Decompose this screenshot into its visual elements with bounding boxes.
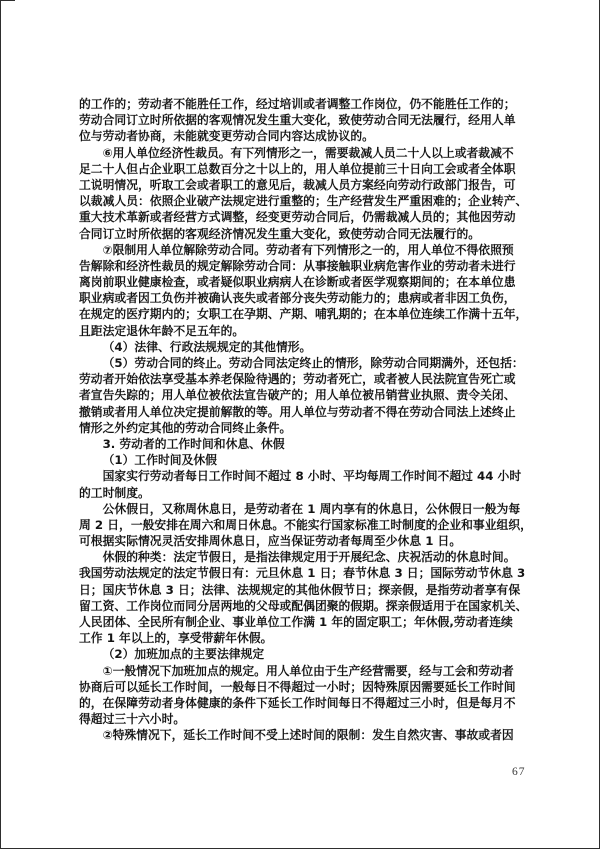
paragraph: ⑦限制用人单位解除劳动合同。劳动者有下列情形之一的，用人单位不得依照预告解除和经…	[79, 242, 531, 339]
document-page: 的工作的；劳动者不能胜任工作，经过培训或者调整工作岗位，仍不能胜任工作的；劳动合…	[0, 0, 600, 849]
text-line: 合同订立时所依据的客观经济情况发生重大变化，致使劳动合同无法履行的。	[79, 226, 531, 242]
page-number: 67	[512, 766, 526, 778]
text-line: ①一般情况下加班加点的规定。用人单位由于生产经营需要，经与工会和劳动者	[79, 663, 531, 679]
text-line: ⑥用人单位经济性裁员。有下列情形之一，需要裁减人员二十人以上或者裁减不	[79, 145, 531, 161]
text-line: 留工资、工作岗位而同分居两地的父母或配偶团聚的假期。探亲假适用于在国家机关、	[79, 598, 531, 614]
text-line: （5）劳动合同的终止。劳动合同法定终止的情形，除劳动合同期满外，还包括：	[79, 355, 531, 371]
paragraph: 国家实行劳动者每日工作时间不超过 8 小时、平均每周工作时间不超过 44 小时的…	[79, 468, 531, 500]
text-line: 离岗前职业健康检查，或者疑似职业病病人在诊断或者医学观察期间的；在本单位患	[79, 274, 531, 290]
text-line: 得超过三十六小时。	[79, 711, 531, 727]
text-line: 的，在保障劳动者身体健康的条件下延长工作时间每日不得超过三小时，但是每月不	[79, 695, 531, 711]
text-line: 在规定的医疗期内的；女职工在孕期、产期、哺乳期的；在本单位连续工作满十五年，	[79, 306, 531, 322]
body-text: 的工作的；劳动者不能胜任工作，经过培训或者调整工作岗位，仍不能胜任工作的；劳动合…	[79, 96, 531, 744]
text-line: 日；国庆节休息 3 日；法律、法规规定的其他休假节日；探亲假，是指劳动者享有保	[79, 582, 531, 598]
text-line: 协商后可以延长工作时间，一般每日不得超过一小时；因特殊原因需要延长工作时间	[79, 679, 531, 695]
paragraph: （1）工作时间及休假	[79, 452, 531, 468]
text-line: 周 2 日，一般安排在周六和周日休息。不能实行国家标准工时制度的企业和事业组织，	[79, 517, 531, 533]
paragraph: 的工作的；劳动者不能胜任工作，经过培训或者调整工作岗位，仍不能胜任工作的；劳动合…	[79, 96, 531, 145]
paragraph: ⑥用人单位经济性裁员。有下列情形之一，需要裁减人员二十人以上或者裁减不足二十人但…	[79, 145, 531, 242]
text-line: 国家实行劳动者每日工作时间不超过 8 小时、平均每周工作时间不超过 44 小时	[79, 468, 531, 484]
paragraph: （4）法律、行政法规规定的其他情形。	[79, 339, 531, 355]
text-line: 可根据实际情况灵活安排周休息日，应当保证劳动者每周至少休息 1 日。	[79, 533, 531, 549]
text-line: 的工时制度。	[79, 485, 531, 501]
text-line: 职业病或者因工负伤并被确认丧失或者部分丧失劳动能力的；患病或者非因工负伤，	[79, 290, 531, 306]
paragraph: （5）劳动合同的终止。劳动合同法定终止的情形，除劳动合同期满外，还包括：劳动者开…	[79, 355, 531, 436]
text-line: ②特殊情况下，延长工作时间不受上述时间的限制：发生自然灾害、事故或者因	[79, 727, 531, 743]
text-line: 我国劳动法规定的法定节假日有：元旦休息 1 日；春节休息 3 日；国际劳动节休息…	[79, 565, 531, 581]
text-line: 人民团体、全民所有制企业、事业单位工作满 1 年的固定职工；年休假,劳动者连续	[79, 614, 531, 630]
text-line: （2）加班加点的主要法律规定	[79, 646, 531, 662]
text-line: 3. 劳动者的工作时间和休息、休假	[79, 436, 531, 452]
text-line: 公休假日，又称周休息日，是劳动者在 1 周内享有的休息日，公休假日一般为每	[79, 501, 531, 517]
paragraph: ①一般情况下加班加点的规定。用人单位由于生产经营需要，经与工会和劳动者协商后可以…	[79, 663, 531, 728]
paragraph: 3. 劳动者的工作时间和休息、休假	[79, 436, 531, 452]
text-line: ⑦限制用人单位解除劳动合同。劳动者有下列情形之一的，用人单位不得依照预	[79, 242, 531, 258]
text-line: 休假的种类：法定节假日，是指法律规定用于开展纪念、庆祝活动的休息时间。	[79, 549, 531, 565]
text-line: 工说明情况，听取工会或者职工的意见后，裁减人员方案经向劳动行政部门报告，可	[79, 177, 531, 193]
text-line: （4）法律、行政法规规定的其他情形。	[79, 339, 531, 355]
paragraph: 公休假日，又称周休息日，是劳动者在 1 周内享有的休息日，公休假日一般为每周 2…	[79, 501, 531, 550]
text-line: 劳动者开始依法享受基本养老保险待遇的；劳动者死亡，或者被人民法院宣告死亡或	[79, 371, 531, 387]
text-line: 位与劳动者协商，未能就变更劳动合同内容达成协议的。	[79, 128, 531, 144]
text-line: 重大技术革新或者经营方式调整，经变更劳动合同后，仍需裁减人员的；其他因劳动	[79, 209, 531, 225]
text-line: 以裁减人员：依照企业破产法规定进行重整的；生产经营发生严重困难的；企业转产、	[79, 193, 531, 209]
text-line: 劳动合同订立时所依据的客观情况发生重大变化，致使劳动合同无法履行，经用人单	[79, 112, 531, 128]
text-line: 且距法定退休年龄不足五年的。	[79, 323, 531, 339]
text-line: 情形之外约定其他的劳动合同终止条件。	[79, 420, 531, 436]
paragraph: 休假的种类：法定节假日，是指法律规定用于开展纪念、庆祝活动的休息时间。我国劳动法…	[79, 549, 531, 646]
text-line: 者宣告失踪的；用人单位被依法宣告破产的；用人单位被吊销营业执照、责令关闭、	[79, 387, 531, 403]
paragraph: （2）加班加点的主要法律规定	[79, 646, 531, 662]
text-line: 的工作的；劳动者不能胜任工作，经过培训或者调整工作岗位，仍不能胜任工作的；	[79, 96, 531, 112]
text-line: 告解除和经济性裁员的规定解除劳动合同：从事接触职业病危害作业的劳动者未进行	[79, 258, 531, 274]
text-line: 足二十人但占企业职工总数百分之十以上的，用人单位提前三十日向工会或者全体职	[79, 161, 531, 177]
text-line: （1）工作时间及休假	[79, 452, 531, 468]
paragraph: ②特殊情况下，延长工作时间不受上述时间的限制：发生自然灾害、事故或者因	[79, 727, 531, 743]
text-line: 工作 1 年以上的，享受带薪年休假。	[79, 630, 531, 646]
text-line: 撤销或者用人单位决定提前解散的等。用人单位与劳动者不得在劳动合同法上述终止	[79, 404, 531, 420]
